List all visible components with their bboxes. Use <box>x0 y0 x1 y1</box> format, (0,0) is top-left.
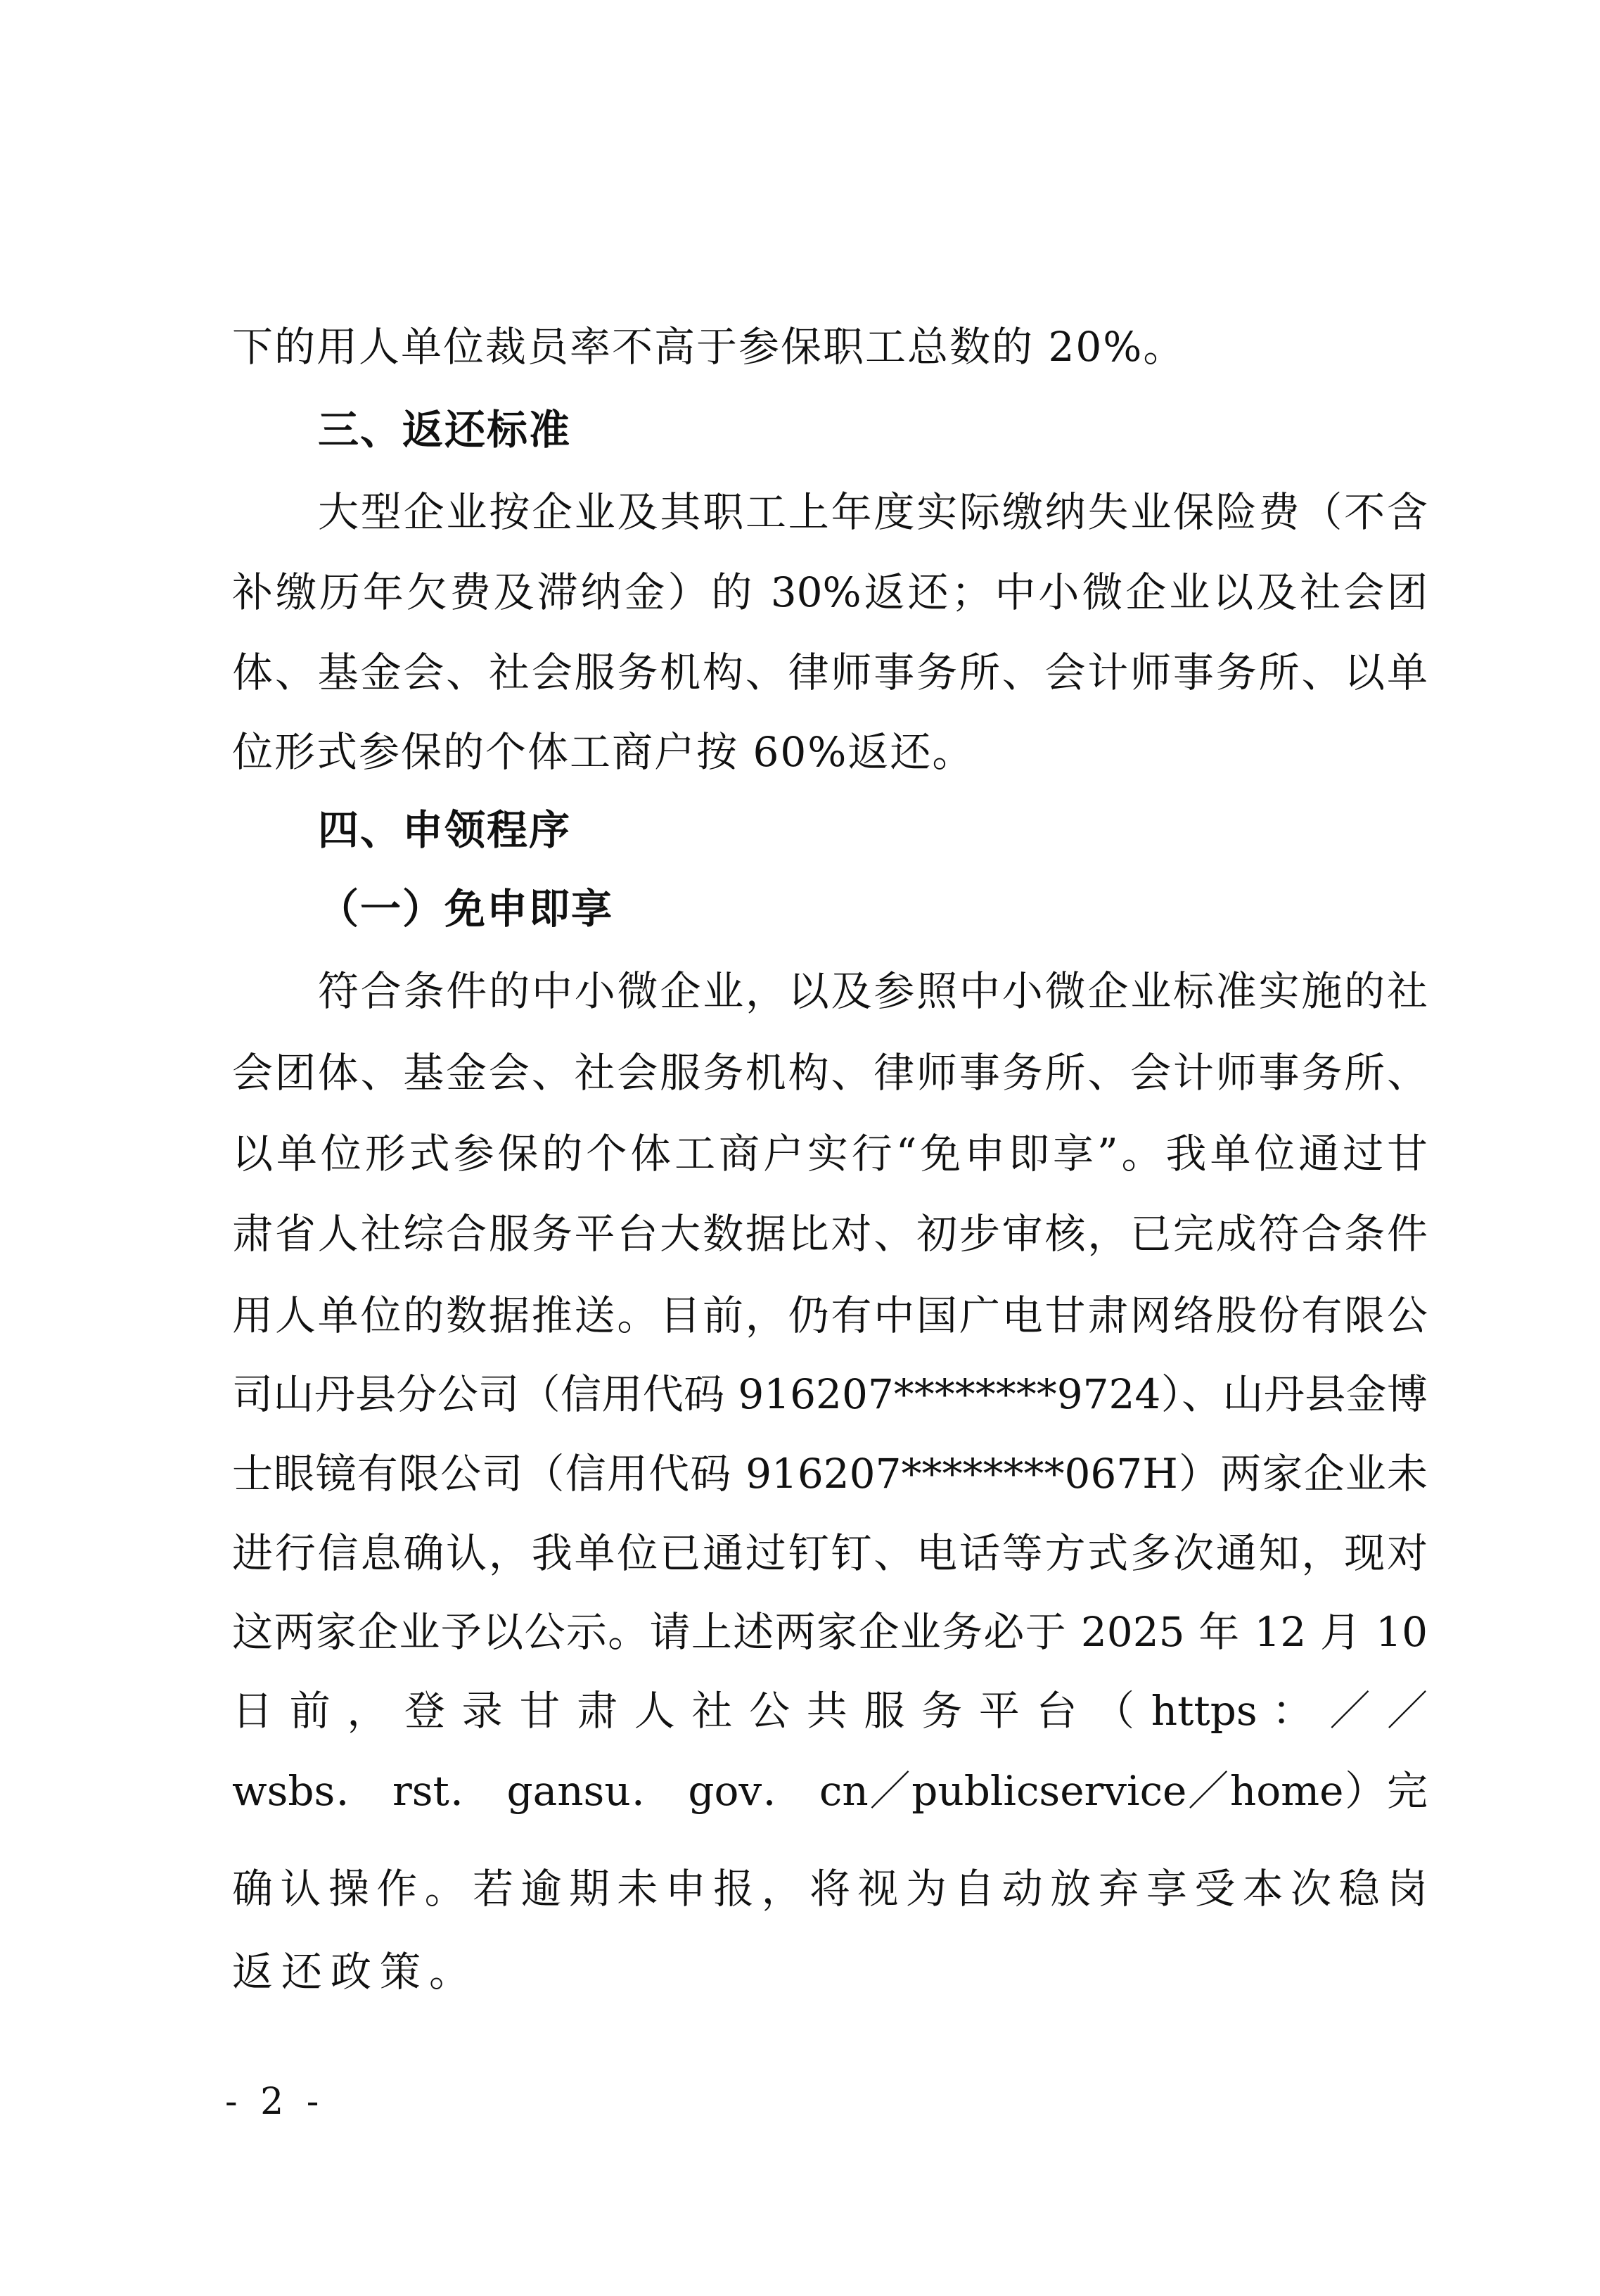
body-line: 这两家企业予以公示。请上述两家企业务必于 2025 年 12 月 10 <box>232 1604 1428 1660</box>
body-line: 会团体、基金会、社会服务机构、律师事务所、会计师事务所、 <box>232 1045 1428 1101</box>
body-line: 体、基金会、社会服务机构、律师事务所、会计师事务所、以单 <box>232 644 1428 701</box>
body-line: 进行信息确认，我单位已通过钉钉、电话等方式多次通知，现对 <box>232 1525 1428 1581</box>
section-heading-return-standard: 三、返还标准 <box>318 402 1428 458</box>
body-line: 确认操作。若逾期未申报，将视为自动放弃享受本次稳岗 <box>232 1861 1428 1917</box>
subsection-heading-auto-enjoy: （一）免申即享 <box>318 881 1428 937</box>
body-line: 位形式参保的个体工商户按 60%返还。 <box>232 724 1428 780</box>
body-line: 用人单位的数据推送。目前，仍有中国广电甘肃网络股份有限公 <box>232 1287 1428 1344</box>
body-line: 士眼镜有限公司（信用代码 916207********067H）两家企业未 <box>232 1446 1428 1502</box>
body-line: 以单位形式参保的个体工商户实行“免申即享”。我单位通过甘 <box>232 1125 1428 1182</box>
body-line: 补缴历年欠费及滞纳金）的 30%返还；中小微企业以及社会团 <box>232 564 1428 620</box>
body-line: 大型企业按企业及其职工上年度实际缴纳失业保险费（不含 <box>318 484 1428 540</box>
body-line: 肃省人社综合服务平台大数据比对、初步审核，已完成符合条件 <box>232 1206 1428 1262</box>
body-line-with-url: 日 前 ， 登 录 甘 肃 人 社 公 共 服 务 平 台 （ https ： … <box>232 1683 1428 1739</box>
body-line: 返还政策。 <box>232 1944 1428 2000</box>
page-number: - 2 - <box>225 2075 324 2129</box>
document-page: 下的用人单位裁员率不高于参保职工总数的 20%。 三、返还标准 大型企业按企业及… <box>0 0 1600 2296</box>
section-heading-application-procedure: 四、申领程序 <box>318 802 1428 858</box>
body-line: 下的用人单位裁员率不高于参保职工总数的 20%。 <box>232 319 1428 375</box>
body-line: 符合条件的中小微企业，以及参照中小微企业标准实施的社 <box>318 963 1428 1019</box>
url-line: wsbs． rst． gansu． gov． cn／publicservice／… <box>232 1763 1428 1819</box>
body-line: 司山丹县分公司（信用代码 916207********9724）、山丹县金博 <box>232 1366 1428 1422</box>
